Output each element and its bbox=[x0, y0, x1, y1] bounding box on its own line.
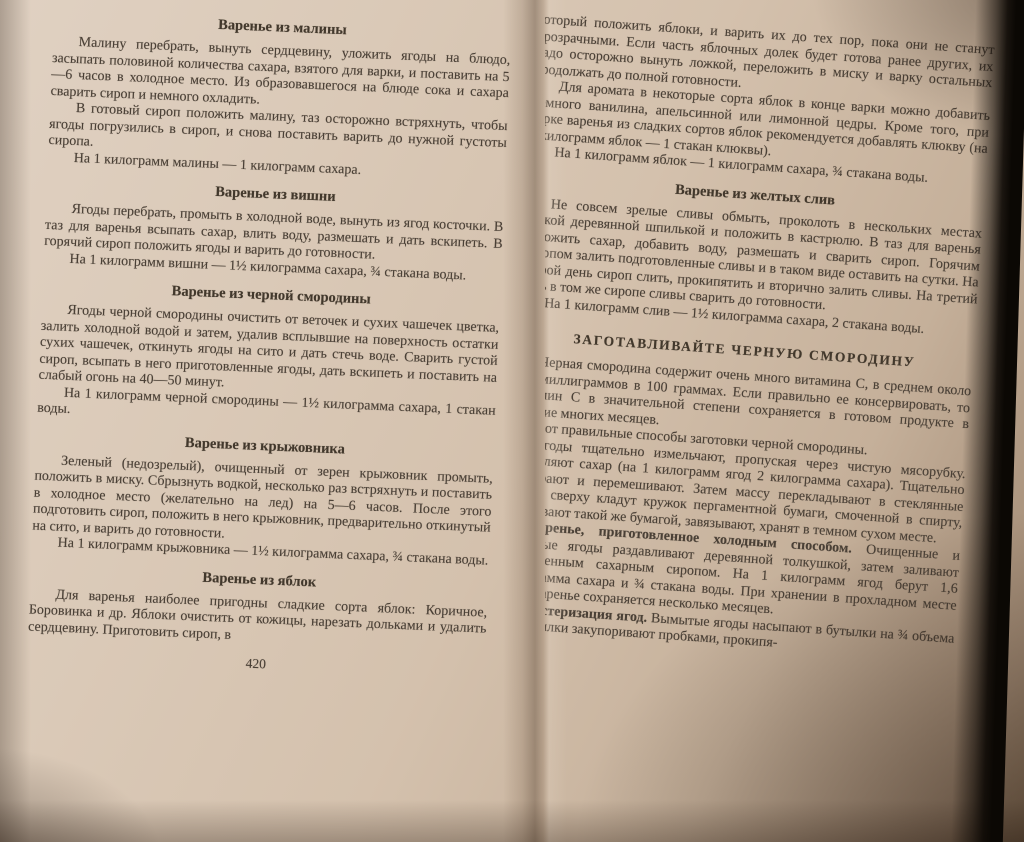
left-page-text: Варенье из малиныМалину перебрать, вынут… bbox=[28, 10, 512, 655]
right-page-text: который положить яблоки, и варить их до … bbox=[545, 12, 995, 664]
right-page: который положить яблоки, и варить их до … bbox=[545, 0, 1013, 842]
left-page: Варенье из малиныМалину перебрать, вынут… bbox=[54, 10, 512, 830]
paragraph: Для варенья наиболее пригодны сладкие со… bbox=[28, 586, 488, 655]
open-cookbook-photo: Варенье из малиныМалину перебрать, вынут… bbox=[0, 0, 1024, 842]
